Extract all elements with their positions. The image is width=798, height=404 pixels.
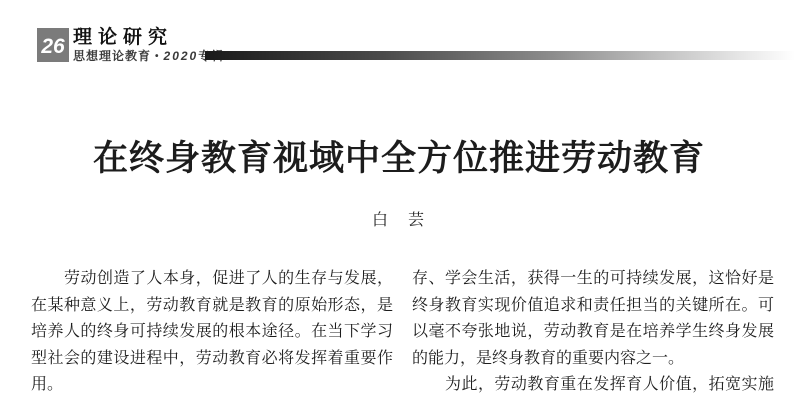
left-column: 劳动创造了人本身，促进了人的生存与发展， 在某种意义上，劳动教育就是教育的原始形… (31, 266, 393, 399)
body-line: 用。 (31, 372, 393, 399)
body-line: 的能力，是终身教育的重要内容之一。 (412, 346, 774, 373)
body-line: 培养人的终身可持续发展的根本途径。在当下学习 (31, 319, 393, 346)
body-line: 以毫不夸张地说，劳动教育是在培养学生终身发展 (412, 319, 774, 346)
body-line: 为此，劳动教育重在发挥育人价值，拓宽实施 (412, 372, 774, 399)
body-line: 劳动创造了人本身，促进了人的生存与发展， (31, 266, 393, 293)
journal-page: 26 理论研究 思想理论教育•2020专辑 在终身教育视域中全方位推进劳动教育 … (0, 0, 798, 404)
journal-subtitle: 思想理论教育•2020专辑 (73, 47, 224, 64)
right-column: 存、学会生活，获得一生的可持续发展，这恰好是 终身教育实现价值追求和责任担当的关… (412, 266, 774, 399)
body-line: 存、学会生活，获得一生的可持续发展，这恰好是 (412, 266, 774, 293)
section-title: 理论研究 (73, 22, 173, 49)
author-name: 白 芸 (0, 207, 798, 230)
header-rule (205, 51, 795, 60)
page-number-box: 26 (37, 28, 69, 62)
body-line: 终身教育实现价值追求和责任担当的关键所在。可 (412, 293, 774, 320)
body-line: 型社会的建设进程中，劳动教育必将发挥着重要作 (31, 346, 393, 373)
journal-year: 2020 (164, 49, 199, 63)
body-line: 在某种意义上，劳动教育就是教育的原始形态，是 (31, 293, 393, 320)
journal-name: 思想理论教育 (73, 49, 151, 63)
separator-dot: • (155, 51, 160, 62)
page-number: 26 (41, 35, 64, 59)
article-title: 在终身教育视域中全方位推进劳动教育 (0, 131, 798, 181)
